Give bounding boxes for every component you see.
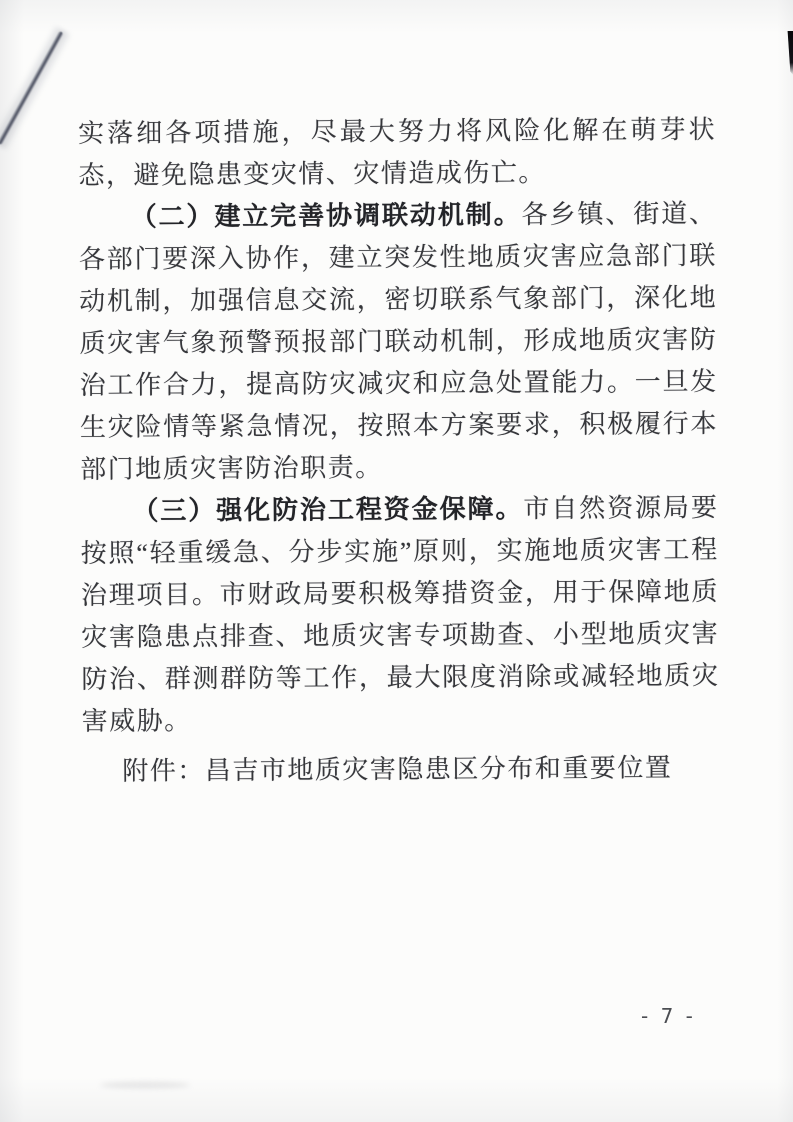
paragraph-continuation: 实落细各项措施，尽最大努力将风险化解在萌芽状态，避免隐患变灾情、灾情造成伤亡。 [78,109,717,197]
scan-black-mark-artifact [787,31,793,75]
document-body: 实落细各项措施，尽最大努力将风险化解在萌芽状态，避免隐患变灾情、灾情造成伤亡。 … [78,109,720,793]
section-3-heading: （三）强化防治工程资金保障。 [132,494,523,525]
scan-smudge-artifact [100,1082,190,1088]
attachment-line: 附件：昌吉市地质灾害隐患区分布和重要位置 [82,747,720,793]
paragraph-section-3: （三）强化防治工程资金保障。市自然资源局要按照“轻重缓急、分步实施”原则，实施地… [80,487,720,743]
scan-scratch-halo-artifact [0,25,73,151]
paragraph-section-2: （二）建立完善协调联动机制。各乡镇、街道、各部门要深入协作，建立突发性地质灾害应… [79,193,719,491]
section-2-body: 各乡镇、街道、各部门要深入协作，建立突发性地质灾害应急部门联动机制，加强信息交流… [79,199,718,484]
paragraph-text: 实落细各项措施，尽最大努力将风险化解在萌芽状态，避免隐患变灾情、灾情造成伤亡。 [78,115,716,190]
section-2-heading: （二）建立完善协调联动机制。 [131,200,522,231]
section-3-body: 市自然资源局要按照“轻重缓急、分步实施”原则，实施地质灾害工程治理项目。市财政局… [81,493,720,736]
document-page: 实落细各项措施，尽最大努力将风险化解在萌芽状态，避免隐患变灾情、灾情造成伤亡。 … [0,0,793,1122]
page-number: - 7 - [641,1004,696,1028]
scan-scratch-artifact [0,31,64,145]
